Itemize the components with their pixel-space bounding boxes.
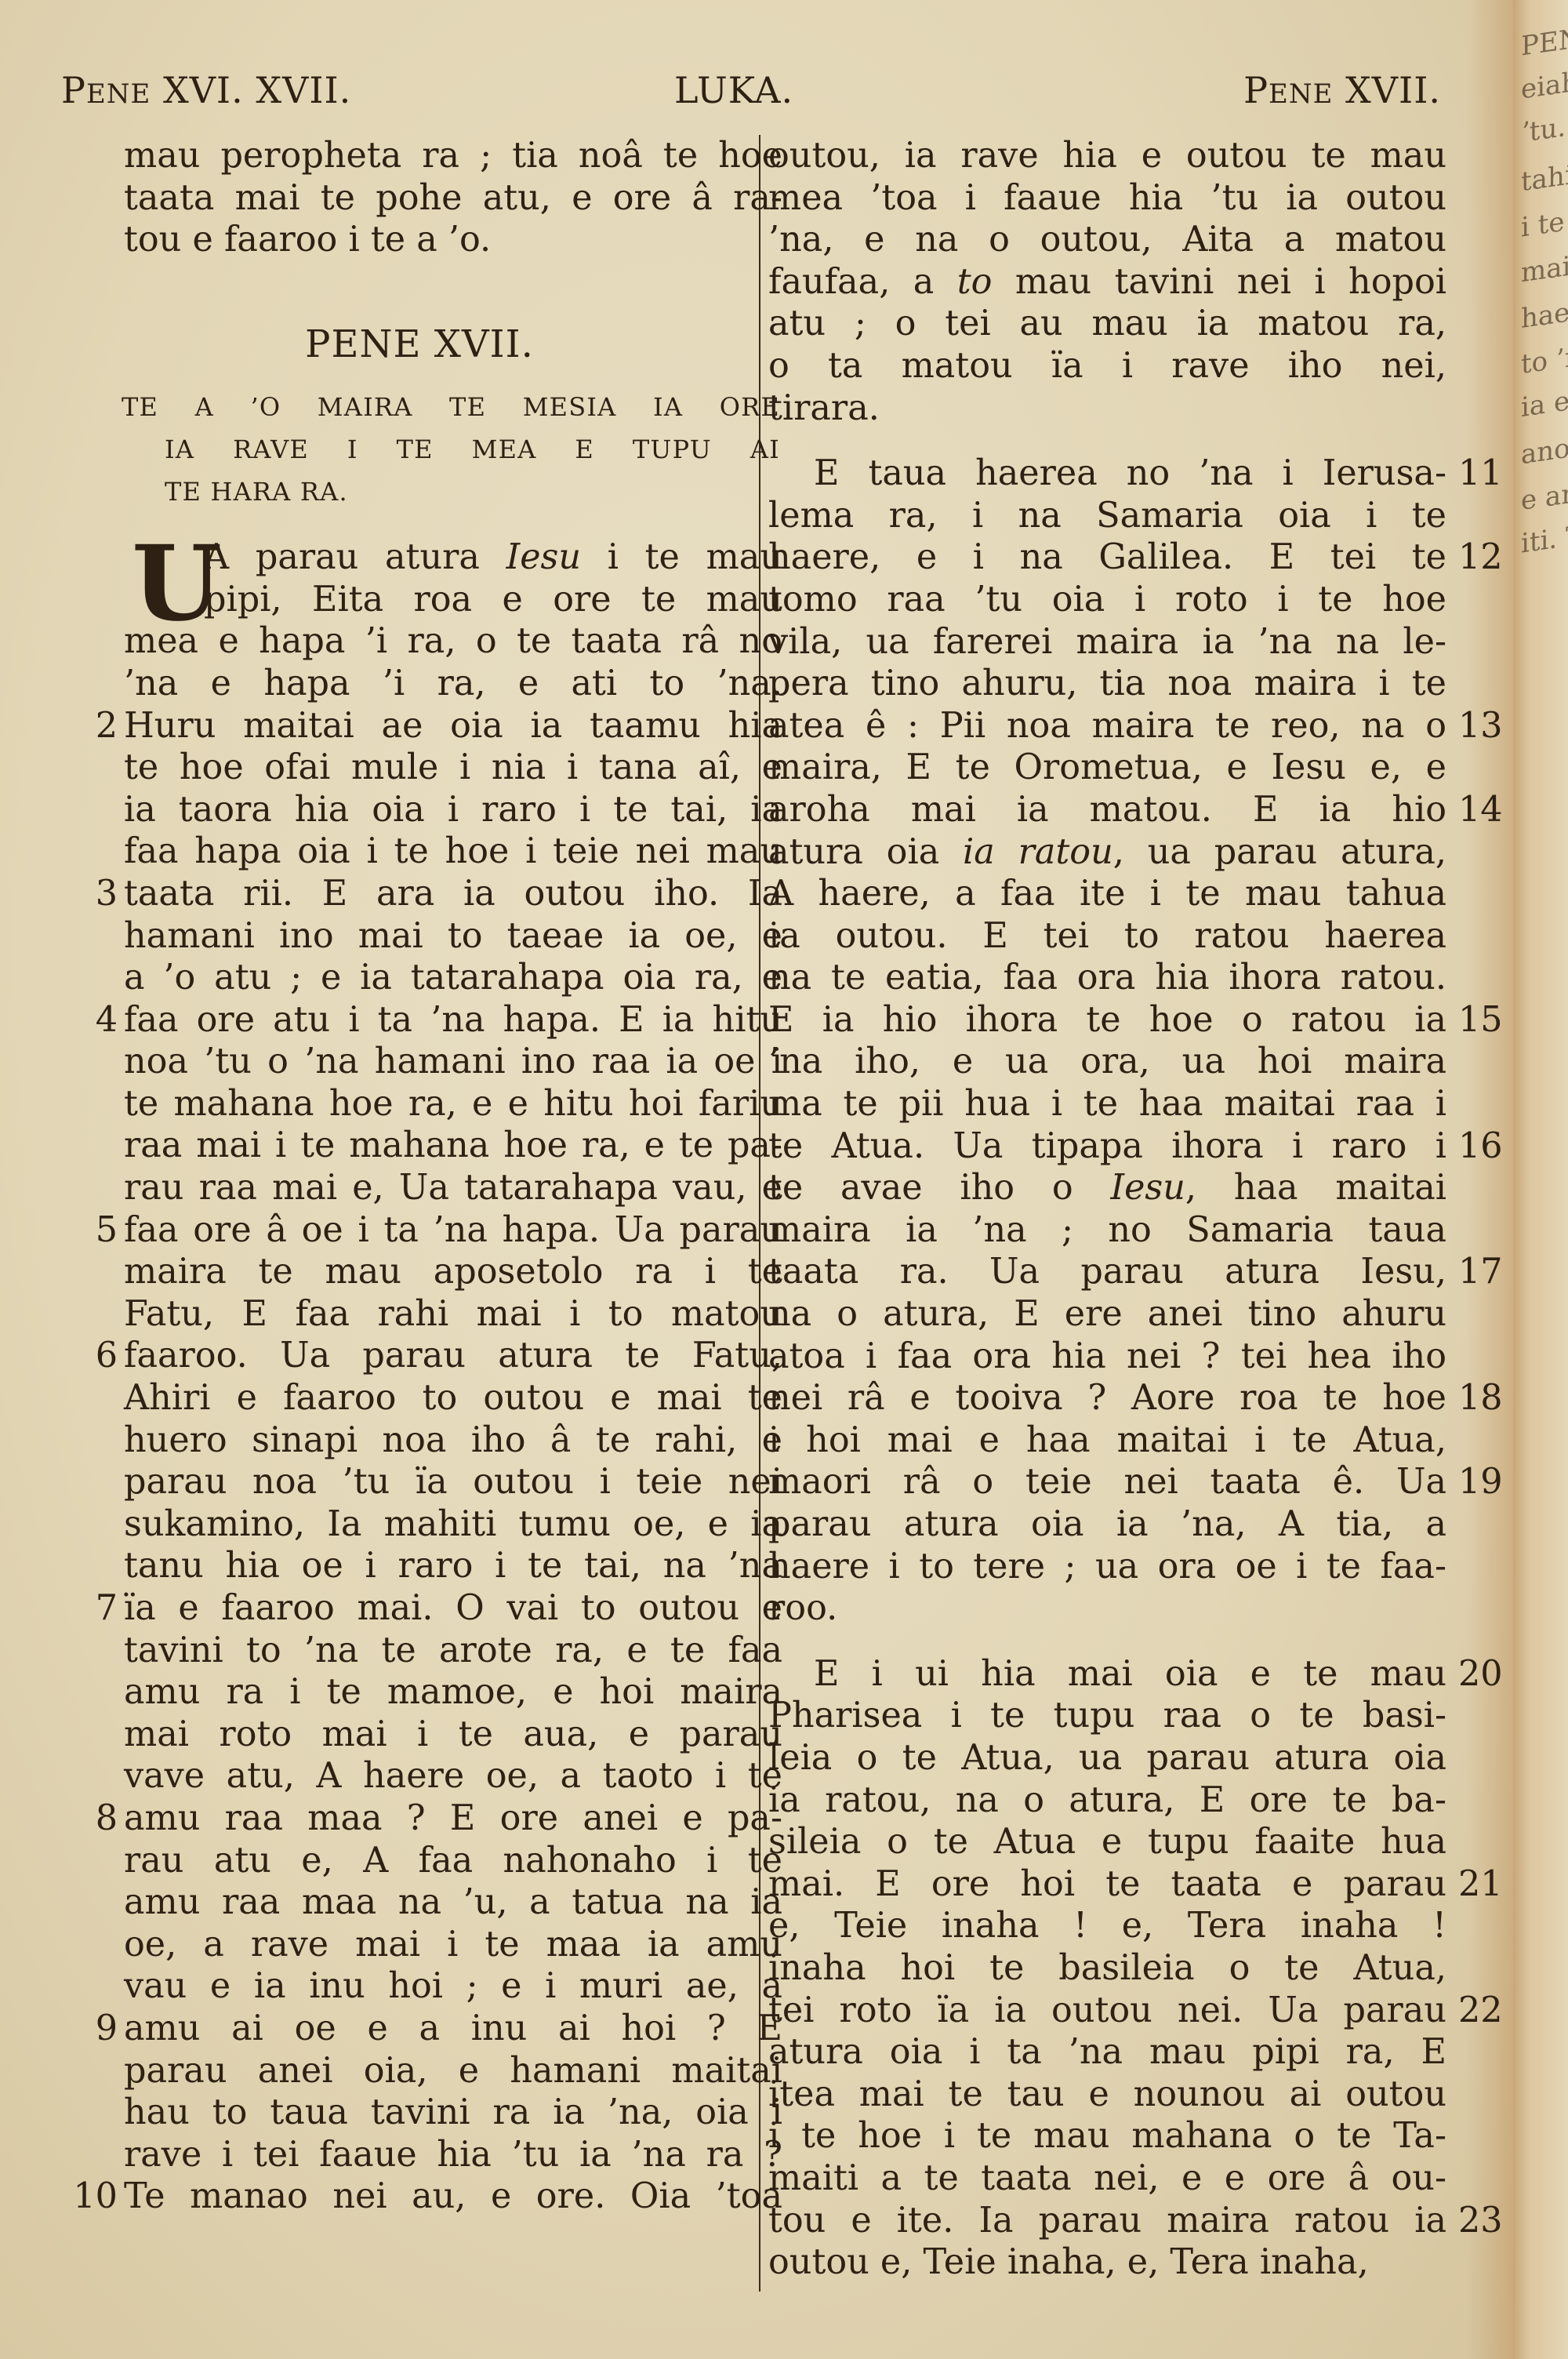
verse-line: hau to taua tavini ra ia ’na, oia i xyxy=(47,2092,745,2134)
line-text: haere i to tere ; ua ora oe i te faa- xyxy=(768,1546,1446,1588)
verse-line: raa mai i te mahana hoe ra, e te pa- xyxy=(47,1125,745,1167)
line-text: ’na iho, e ua ora, ua hoi maira xyxy=(768,1041,1446,1083)
verse-line: haere, e i na Galilea. E tei te12 xyxy=(768,536,1505,579)
line-text: parau noa ’tu ïa outou i teie nei xyxy=(124,1461,782,1503)
line-text: sileia o te Atua e tupu faaite hua xyxy=(768,1821,1446,1863)
line-text: maira, E te Orometua, e Iesu e, e xyxy=(768,747,1446,789)
verse-line: amu raa maa na ’u, a tatua na ia xyxy=(47,1881,745,1924)
line-text: huero sinapi noa iho â te rahi, e xyxy=(124,1419,782,1462)
line-text: tomo raa ’tu oia i roto i te hoe xyxy=(768,579,1446,621)
line-text: ia taora hia oia i raro i te tai, ia xyxy=(124,789,782,831)
running-head: PENE XVI. XVII. LUKA. PENE XVII. xyxy=(61,69,1441,116)
verse-line: vila, ua farerei maira ia ’na na le- xyxy=(768,621,1505,663)
line-text: amu raa maa ? E ore anei e pa- xyxy=(124,1797,782,1840)
line-text: faa hapa oia i te hoe i teie nei mau xyxy=(124,831,782,873)
line-text: te avae iho o Iesu, haa maitai xyxy=(768,1167,1446,1209)
line-text: mai roto mai i te aua, e parau xyxy=(124,1714,782,1756)
line-text: maiti a te taata nei, e e ore â ou- xyxy=(768,2157,1446,2200)
line-text: vila, ua farerei maira ia ’na na le- xyxy=(768,621,1446,663)
line-text: ’na e hapa ’i ra, e ati to ’na. xyxy=(124,663,782,705)
line-text: sukamino, Ia mahiti tumu oe, e ia xyxy=(124,1503,782,1546)
line-text: ia outou. E tei to ratou haerea xyxy=(768,915,1446,958)
verse-line: parau anei oia, e hamani maitai xyxy=(47,2050,745,2092)
line-text: te mahana hoe ra, e e hitu hoi fariu xyxy=(124,1083,782,1125)
verse-line: itea mai te tau e nounou ai outou xyxy=(768,2074,1505,2116)
verse-line: te mahana hoe ra, e e hitu hoi fariu xyxy=(47,1083,745,1125)
adjacent-page-text-fragment: PENE X xyxy=(1521,16,1568,62)
adjacent-page-text-fragment: tahi pa xyxy=(1521,154,1568,198)
verse-line: ia outou. E tei to ratou haerea xyxy=(768,915,1505,958)
line-text: tou e ite. Ia parau maira ratou ia xyxy=(768,2200,1446,2242)
line-text: te hoe ofai mule i nia i tana aî, e xyxy=(124,747,782,789)
line-text: atea ê : Pii noa maira te reo, na o xyxy=(768,705,1446,747)
verse-number: 9 xyxy=(47,2008,118,2050)
verse-number: 19 xyxy=(1458,1461,1503,1503)
verse-number: 4 xyxy=(47,999,118,1041)
verse-line: taata ra. Ua parau atura Iesu,17 xyxy=(768,1251,1505,1293)
verse-line: 9amu ai oe e a inu ai hoi ? E xyxy=(47,2008,745,2050)
verse-line: e, Teie inaha ! e, Tera inaha ! xyxy=(768,1905,1505,1947)
verse-line: E i ui hia mai oia e te mau20 xyxy=(768,1653,1505,1696)
adjacent-page-text-fragment: i te tah xyxy=(1521,198,1568,243)
line-text: mai. E ore hoi te taata e parau xyxy=(768,1863,1446,1906)
line-text: rau atu e, A faa nahonaho i te xyxy=(124,1840,782,1882)
line-text: atu ; o tei au mau ia matou ra, xyxy=(768,303,1446,345)
line-text: E ia hio ihora te hoe o ratou ia xyxy=(768,999,1446,1041)
verse-line: tomo raa ’tu oia i roto i te hoe xyxy=(768,579,1505,621)
left-column: mau peropheta ra ; tia noâ te hoetaata m… xyxy=(47,135,745,2218)
verse-line: atura oia ia ratou, ua parau atura, xyxy=(768,831,1505,874)
line-text: mea e hapa ’i ra, o te taata râ no xyxy=(124,620,782,663)
verse-line: o ta matou ïa i rave iho nei, xyxy=(768,345,1505,387)
adjacent-page-text-fragment: to ’na p xyxy=(1521,335,1568,380)
verse-line: outou, ia rave hia e outou te mau xyxy=(768,135,1505,177)
line-text: mau peropheta ra ; tia noâ te hoe xyxy=(124,135,782,177)
line-text: maori râ o teie nei taata ê. Ua xyxy=(768,1461,1446,1503)
line-text: ’na, e na o outou, Aita a matou xyxy=(768,219,1446,261)
verse-line: maira, E te Orometua, e Iesu e, e xyxy=(768,747,1505,789)
line-text: Huru maitai ae oia ia taamu hia xyxy=(124,705,782,747)
line-text: pera tino ahuru, tia noa maira i te xyxy=(768,663,1446,705)
running-head-right: PENE XVII. xyxy=(1243,69,1441,111)
line-text: mea ’toa i faaue hia ’tu ia outou xyxy=(768,177,1446,220)
line-text: hau to taua tavini ra ia ’na, oia i xyxy=(124,2092,782,2134)
verse-line: A parau atura Iesu i te mau xyxy=(47,536,745,579)
verse-number: 6 xyxy=(47,1335,118,1377)
line-text: e, Teie inaha ! e, Tera inaha ! xyxy=(768,1905,1446,1947)
verse-number: 21 xyxy=(1458,1863,1503,1906)
verse-line: tei roto ïa ia outou nei. Ua parau22 xyxy=(768,1990,1505,2032)
verse-line: mai roto mai i te aua, e parau xyxy=(47,1714,745,1756)
line-text: noa ’tu o ’na hamani ino raa ia oe i xyxy=(124,1041,782,1083)
verse-line: 5faa ore â oe i ta ’na hapa. Ua parau xyxy=(47,1209,745,1252)
line-text: vave atu, A haere oe, a taoto i te xyxy=(124,1755,782,1797)
adjacent-page-text-fragment: ʼtu. xyxy=(1521,111,1566,149)
line-text: ia ratou, na o atura, E ore te ba- xyxy=(768,1779,1446,1822)
verse-line: ia ratou, na o atura, E ore te ba- xyxy=(768,1779,1505,1822)
verse-line: atea ê : Pii noa maira te reo, na o13 xyxy=(768,705,1505,747)
verse-number: 20 xyxy=(1458,1653,1503,1696)
line-text: tavini to ’na te arote ra, e te faa xyxy=(124,1630,782,1672)
line-text: hamani ino mai to taeae ia oe, e xyxy=(124,915,782,958)
verse-number: 2 xyxy=(47,705,118,747)
line-text: i te hoe i te mau mahana o te Ta- xyxy=(768,2115,1446,2157)
verse-line: 8amu raa maa ? E ore anei e pa- xyxy=(47,1797,745,1840)
italic-name: Iesu xyxy=(1110,1168,1185,1208)
line-text: atura oia ia ratou, ua parau atura, xyxy=(768,831,1446,874)
verse-line: maira ia ’na ; no Samaria taua xyxy=(768,1209,1505,1252)
verse-number: 17 xyxy=(1458,1251,1503,1293)
verse-line: na te eatia, faa ora hia ihora ratou. xyxy=(768,957,1505,999)
line-text: outou e, Teie inaha, e, Tera inaha, xyxy=(768,2241,1446,2284)
verse-line: i te hoe i te mau mahana o te Ta- xyxy=(768,2115,1505,2157)
line-text: rau raa mai e, Ua tatarahapa vau, e xyxy=(124,1167,782,1209)
line-text: o ta matou ïa i rave iho nei, xyxy=(768,345,1446,387)
chapter-title: PENE XVII. xyxy=(47,303,745,387)
adjacent-page-text-fragment: eiaha xyxy=(1521,64,1568,105)
book-page: PENE XVI. XVII. LUKA. PENE XVII. mau per… xyxy=(0,0,1513,2359)
verse-line: aroha mai ia matou. E ia hio14 xyxy=(768,789,1505,831)
verse-number: 5 xyxy=(47,1209,118,1252)
verse-line: A haere, a faa ite i te mau tahua xyxy=(768,873,1505,915)
text-line: taata mai te pohe atu, e ore â ra- xyxy=(47,177,745,220)
summary-line: TE A ’O MAIRA TE MESIA IA ORE xyxy=(47,387,780,429)
verse-number: 11 xyxy=(1458,453,1503,495)
line-text: te Atua. Ua tipapa ihora i raro i xyxy=(768,1125,1446,1168)
verse-line: 6faaroo. Ua parau atura te Fatu, xyxy=(47,1335,745,1377)
line-text: atoa i faa ora hia nei ? tei hea iho xyxy=(768,1336,1446,1378)
verse-line: noa ’tu o ’na hamani ino raa ia oe i xyxy=(47,1041,745,1083)
adjacent-page-text-fragment: e anota xyxy=(1521,471,1568,517)
verse-line: vave atu, A haere oe, a taoto i te xyxy=(47,1755,745,1797)
verse-line: te Atua. Ua tipapa ihora i raro i16 xyxy=(768,1125,1505,1168)
line-text: Pharisea i te tupu raa o te basi- xyxy=(768,1695,1446,1737)
line-text: pipi, Eita roa e ore te mau xyxy=(204,579,782,621)
verse-line: te avae iho o Iesu, haa maitai xyxy=(768,1167,1505,1209)
line-text: raa mai i te mahana hoe ra, e te pa- xyxy=(124,1125,782,1167)
verse-line: huero sinapi noa iho â te rahi, e xyxy=(47,1419,745,1462)
verse-line: parau atura oia ia ’na, A tia, a xyxy=(768,1503,1505,1546)
verse-line: 2Huru maitai ae oia ia taamu hia xyxy=(47,705,745,747)
adjacent-page-text-fragment: iti. T xyxy=(1521,519,1568,559)
verse-number: 12 xyxy=(1458,536,1503,579)
verse-line: outou e, Teie inaha, e, Tera inaha, xyxy=(768,2241,1505,2284)
line-text: maira ia ’na ; no Samaria taua xyxy=(768,1209,1446,1252)
spacer xyxy=(768,1630,1505,1653)
line-text: E i ui hia mai oia e te mau xyxy=(768,1653,1446,1696)
verse-line: mea ’toa i faaue hia ’tu ia outou xyxy=(768,177,1505,220)
summary-line: IA RAVE I TE MEA E TUPU AI xyxy=(47,429,780,471)
line-text: taata rii. E ara ia outou iho. Ia xyxy=(124,873,782,915)
verse-number: 23 xyxy=(1458,2200,1503,2242)
verse-number: 8 xyxy=(47,1797,118,1840)
adjacent-page-text-fragment: mai o t xyxy=(1521,245,1568,289)
verse-number: 7 xyxy=(47,1587,118,1630)
verse-number: 22 xyxy=(1458,1990,1503,2032)
verse-line: te hoe ofai mule i nia i tana aî, e xyxy=(47,747,745,789)
verse-line: oe, a rave mai i te maa ia amu xyxy=(47,1924,745,1966)
verse-line: sukamino, Ia mahiti tumu oe, e ia xyxy=(47,1503,745,1546)
verse-line: rau raa mai e, Ua tatarahapa vau, e xyxy=(47,1167,745,1209)
verse-line: sileia o te Atua e tupu faaite hua xyxy=(768,1821,1505,1863)
verse-line: maori râ o teie nei taata ê. Ua19 xyxy=(768,1461,1505,1503)
verse-line: ia taora hia oia i raro i te tai, ia xyxy=(47,789,745,831)
verse-line: hamani ino mai to taeae ia oe, e xyxy=(47,915,745,958)
line-text: nei râ e tooiva ? Aore roa te hoe xyxy=(768,1377,1446,1419)
verse-line: na o atura, E ere anei tino ahuru xyxy=(768,1293,1505,1336)
right-column: outou, ia rave hia e outou te maumea ’to… xyxy=(768,135,1505,2284)
verse-line: faa hapa oia i te hoe i teie nei mau xyxy=(47,831,745,873)
verse-line: inaha hoi te basileia o te Atua, xyxy=(768,1947,1505,1990)
verse-line: haere i to tere ; ua ora oe i te faa- xyxy=(768,1546,1505,1588)
line-text: tei roto ïa ia outou nei. Ua parau xyxy=(768,1990,1446,2032)
line-text: atura oia i ta ’na mau pipi ra, E xyxy=(768,2031,1446,2074)
line-text: Te manao nei au, e ore. Oia ’toa xyxy=(124,2175,782,2218)
line-text: taata mai te pohe atu, e ore â ra- xyxy=(124,177,782,220)
verse-number: 14 xyxy=(1458,789,1503,831)
verse-line: pera tino ahuru, tia noa maira i te xyxy=(768,663,1505,705)
line-text: A haere, a faa ite i te mau tahua xyxy=(768,873,1446,915)
verse-line: atura oia i ta ’na mau pipi ra, E xyxy=(768,2031,1505,2074)
line-text: E taua haerea no ’na i Ierusa- xyxy=(768,453,1446,495)
italic-name: Iesu xyxy=(506,537,581,577)
spacer xyxy=(768,429,1505,453)
verse-line: faufaa, a to mau tavini nei i hopoi xyxy=(768,261,1505,304)
line-text: rave i tei faaue hia ’tu ia ’na ra ? xyxy=(124,2134,782,2176)
line-text: lema ra, i na Samaria oia i te xyxy=(768,495,1446,537)
line-text: taata ra. Ua parau atura Iesu, xyxy=(768,1251,1446,1293)
adjacent-page-edge: PENE Xeiahaʼtu.tahi pai te tahmai o thae… xyxy=(1513,0,1568,2359)
verse-line: rave i tei faaue hia ’tu ia ’na ra ? xyxy=(47,2134,745,2176)
verse-line: Fatu, E faa rahi mai i to matou xyxy=(47,1293,745,1336)
italic-name: ia ratou xyxy=(963,832,1113,872)
verse-number: 18 xyxy=(1458,1377,1503,1419)
verse-number: 15 xyxy=(1458,999,1503,1041)
line-text: faaroo. Ua parau atura te Fatu, xyxy=(124,1335,782,1377)
line-text: roo. xyxy=(768,1587,1446,1630)
line-text: itea mai te tau e nounou ai outou xyxy=(768,2074,1446,2116)
line-text: ïa e faaroo mai. O vai to outou e xyxy=(124,1587,782,1630)
chapter-body: UA parau atura Iesu i te maupipi, Eita r… xyxy=(47,536,745,2218)
running-head-book-title: LUKA. xyxy=(674,69,793,111)
verse-line: mea e hapa ’i ra, o te taata râ no xyxy=(47,620,745,663)
italic-name: to xyxy=(957,262,993,302)
line-text: faa ore atu i ta ’na hapa. E ia hitu xyxy=(124,999,782,1041)
line-text: amu ai oe e a inu ai hoi ? E xyxy=(124,2008,782,2050)
verse-number: 3 xyxy=(47,873,118,915)
verse-line: 10Te manao nei au, e ore. Oia ’toa xyxy=(47,2175,745,2218)
line-text: vau e ia inu hoi ; e i muri ae, a xyxy=(124,1965,782,2008)
verse-line: tanu hia oe i raro i te tai, na ’na xyxy=(47,1545,745,1587)
verse-line: ma te pii hua i te haa maitai raa i xyxy=(768,1083,1505,1125)
verse-line: mai. E ore hoi te taata e parau21 xyxy=(768,1863,1505,1906)
line-text: parau anei oia, e hamani maitai xyxy=(124,2050,782,2092)
chapter-summary: TE A ’O MAIRA TE MESIA IA OREIA RAVE I T… xyxy=(47,387,745,513)
line-text: maira te mau aposetolo ra i te xyxy=(124,1251,782,1293)
verse-line: 7ïa e faaroo mai. O vai to outou e xyxy=(47,1587,745,1630)
verse-line: vau e ia inu hoi ; e i muri ae, a xyxy=(47,1965,745,2008)
line-text: a ’o atu ; e ia tatarahapa oia ra, e xyxy=(124,957,782,999)
verse-line: ’na, e na o outou, Aita a matou xyxy=(768,219,1505,261)
verse-line: maiti a te taata nei, e e ore â ou- xyxy=(768,2157,1505,2200)
adjacent-page-text-fragment: ia e t xyxy=(1521,383,1568,423)
text-line: tou e faaroo i te a ’o. xyxy=(47,219,745,261)
verse-line: roo. xyxy=(768,1587,1505,1630)
verse-line: nei râ e tooiva ? Aore roa te hoe18 xyxy=(768,1377,1505,1419)
verse-line: atoa i faa ora hia nei ? tei hea iho xyxy=(768,1336,1505,1378)
verse-number: 16 xyxy=(1458,1125,1503,1168)
line-text: na te eatia, faa ora hia ihora ratou. xyxy=(768,957,1446,999)
line-text: leia o te Atua, ua parau atura oia xyxy=(768,1737,1446,1779)
line-text: faa ore â oe i ta ’na hapa. Ua parau xyxy=(124,1209,782,1252)
line-text: tirara. xyxy=(768,387,1446,430)
verse-number: 13 xyxy=(1458,705,1503,747)
line-text: oe, a rave mai i te maa ia amu xyxy=(124,1924,782,1966)
verse-line: maira te mau aposetolo ra i te xyxy=(47,1251,745,1293)
line-text: tanu hia oe i raro i te tai, na ’na xyxy=(124,1545,782,1587)
line-text: outou, ia rave hia e outou te mau xyxy=(768,135,1446,177)
line-text: i hoi mai e haa maitai i te Atua, xyxy=(768,1419,1446,1462)
verse-line: pipi, Eita roa e ore te mau xyxy=(47,579,745,621)
line-text: amu ra i te mamoe, e hoi maira xyxy=(124,1671,782,1714)
verse-line: a ’o atu ; e ia tatarahapa oia ra, e xyxy=(47,957,745,999)
line-text: ma te pii hua i te haa maitai raa i xyxy=(768,1083,1446,1125)
line-text: parau atura oia ia ’na, A tia, a xyxy=(768,1503,1446,1546)
verse-line: lema ra, i na Samaria oia i te xyxy=(768,495,1505,537)
line-text: haere, e i na Galilea. E tei te xyxy=(768,536,1446,579)
verse-line: parau noa ’tu ïa outou i teie nei xyxy=(47,1461,745,1503)
text-line: mau peropheta ra ; tia noâ te hoe xyxy=(47,135,745,177)
line-text: amu raa maa na ’u, a tatua na ia xyxy=(124,1881,782,1924)
line-text: Ahiri e faaroo to outou e mai te xyxy=(124,1377,782,1419)
verse-line: tou e ite. Ia parau maira ratou ia23 xyxy=(768,2200,1505,2242)
line-text: inaha hoi te basileia o te Atua, xyxy=(768,1947,1446,1990)
verse-line: rau atu e, A faa nahonaho i te xyxy=(47,1840,745,1882)
spacer xyxy=(47,261,745,304)
verse-line: ’na iho, e ua ora, ua hoi maira xyxy=(768,1041,1505,1083)
verse-line: i hoi mai e haa maitai i te Atua, xyxy=(768,1419,1505,1462)
verse-line: E ia hio ihora te hoe o ratou ia15 xyxy=(768,999,1505,1041)
verse-line: E taua haerea no ’na i Ierusa-11 xyxy=(768,453,1505,495)
verse-line: leia o te Atua, ua parau atura oia xyxy=(768,1737,1505,1779)
verse-line: Ahiri e faaroo to outou e mai te xyxy=(47,1377,745,1419)
summary-line: TE HARA RA. xyxy=(47,471,745,514)
line-text: faufaa, a to mau tavini nei i hopoi xyxy=(768,261,1446,304)
line-text: Fatu, E faa rahi mai i to matou xyxy=(124,1293,782,1336)
verse-line: amu ra i te mamoe, e hoi maira xyxy=(47,1671,745,1714)
line-text: A parau atura Iesu i te mau xyxy=(204,536,782,579)
verse-line: ’na e hapa ’i ra, e ati to ’na. xyxy=(47,663,745,705)
adjacent-page-text-fragment: hae i to xyxy=(1521,289,1568,335)
verse-line: atu ; o tei au mau ia matou ra, xyxy=(768,303,1505,345)
line-text: na o atura, E ere anei tino ahuru xyxy=(768,1293,1446,1336)
adjacent-page-text-fragment: anotau xyxy=(1521,427,1568,471)
verse-line: tavini to ’na te arote ra, e te faa xyxy=(47,1630,745,1672)
line-text: aroha mai ia matou. E ia hio xyxy=(768,789,1446,831)
verse-line: tirara. xyxy=(768,387,1505,430)
verse-line: 4faa ore atu i ta ’na hapa. E ia hitu xyxy=(47,999,745,1041)
verse-number: 10 xyxy=(47,2175,118,2218)
verse-line: 3taata rii. E ara ia outou iho. Ia xyxy=(47,873,745,915)
running-head-left: PENE XVI. XVII. xyxy=(61,69,351,111)
line-text: tou e faaroo i te a ’o. xyxy=(124,219,782,261)
verse-line: Pharisea i te tupu raa o te basi- xyxy=(768,1695,1505,1737)
